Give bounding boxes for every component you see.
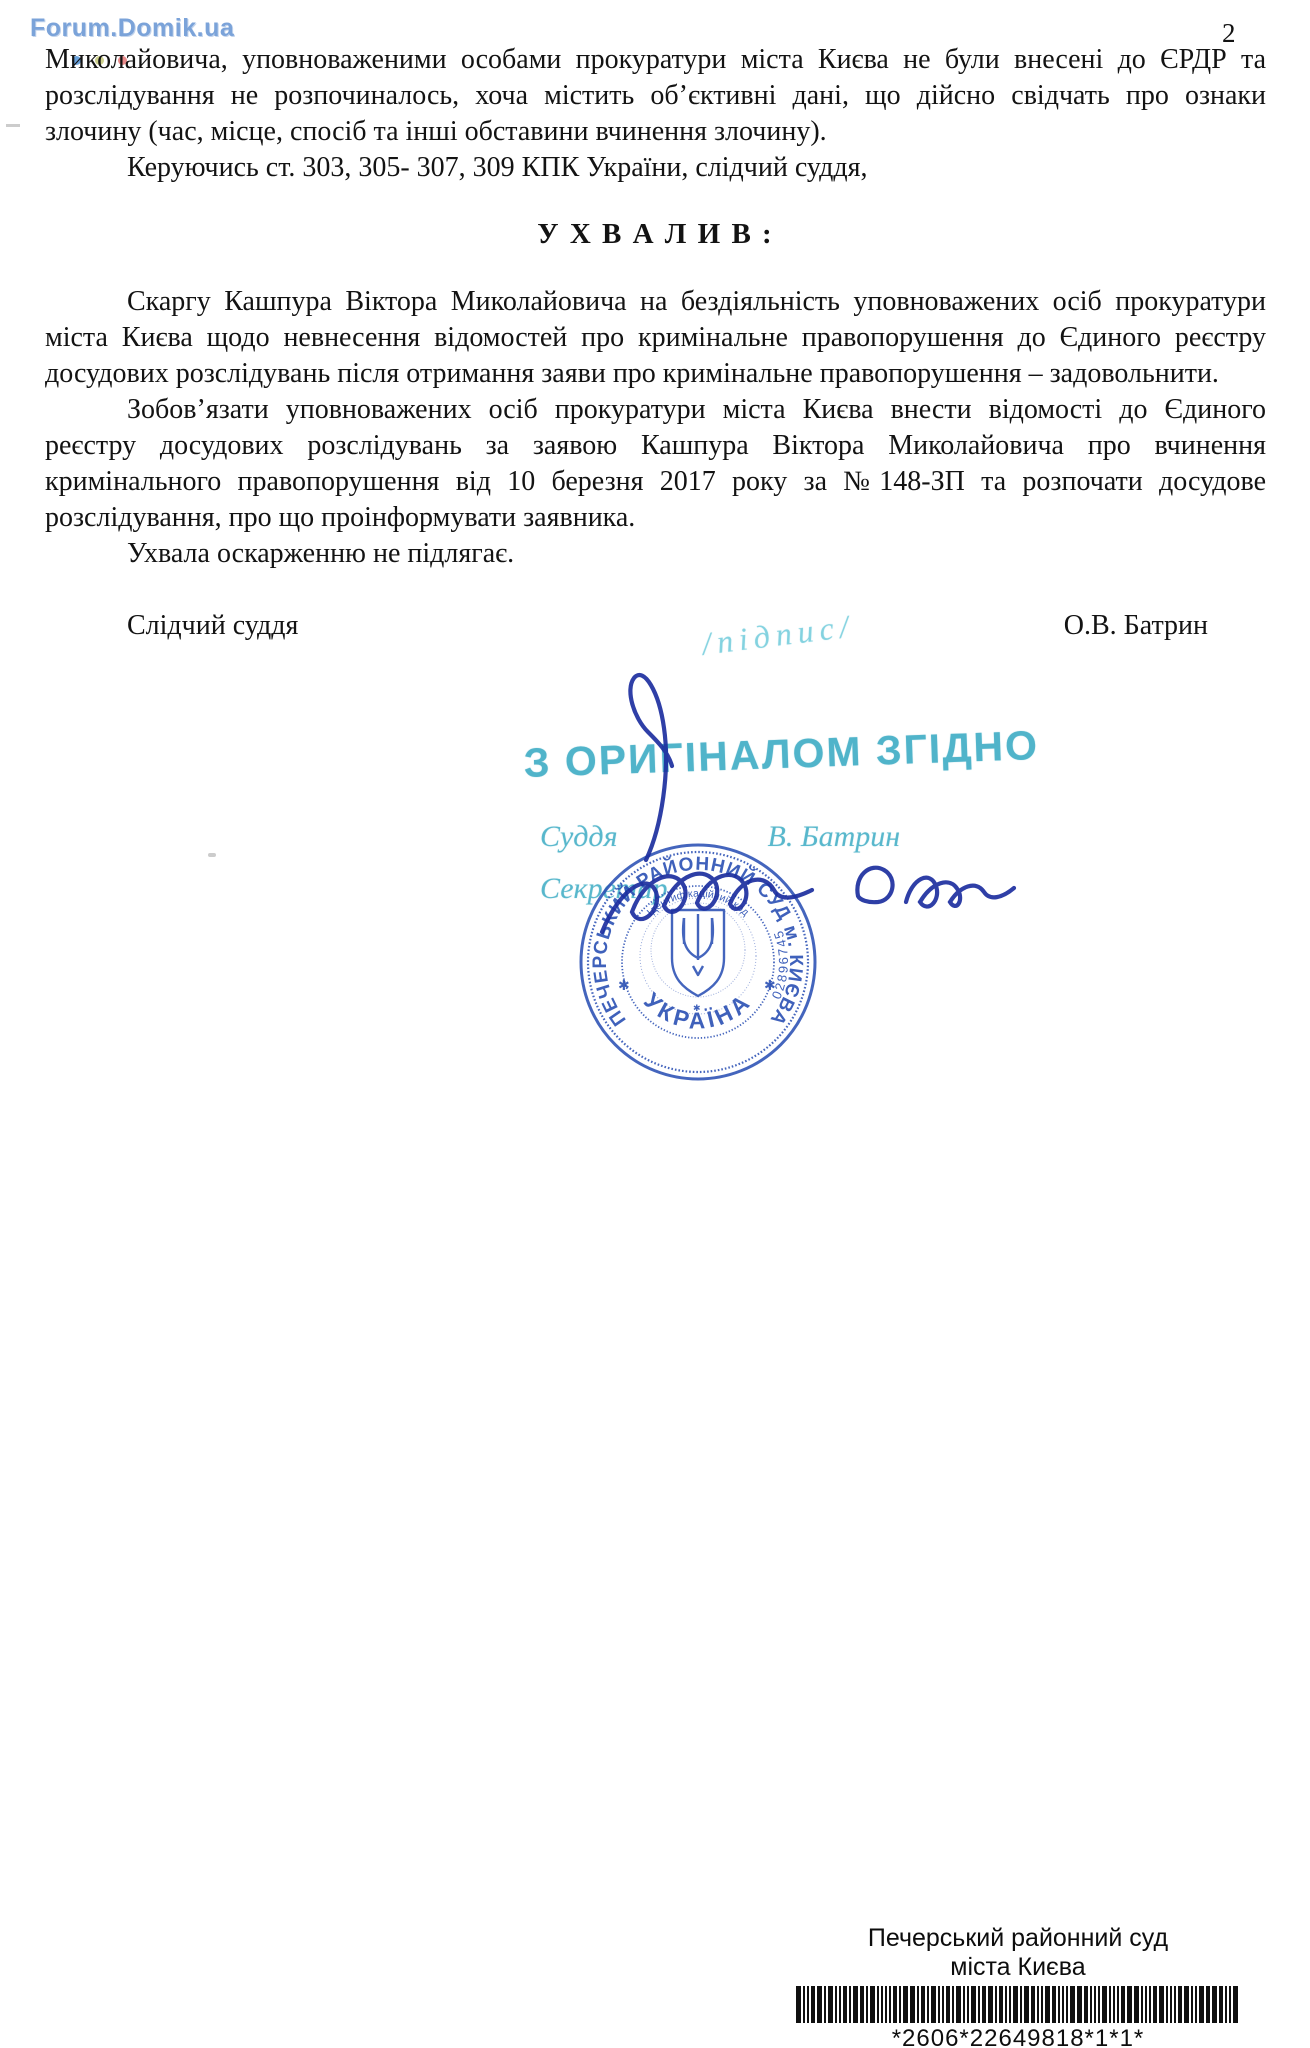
signature-flourish <box>630 675 672 860</box>
ruling-heading: У Х В А Л И В : <box>45 216 1266 252</box>
watermark-logo: Forum.Domik.ua <box>30 14 234 43</box>
watermark-text: Forum.Domik.ua <box>30 14 234 42</box>
barcode-label: *2606*22649818*1*1* <box>788 2024 1248 2048</box>
footer-court-name-line2: міста Києва <box>788 1953 1248 1982</box>
signature-loops <box>602 874 812 932</box>
seal-star-bottom-icon: ✱ <box>693 1003 701 1013</box>
barcode <box>788 1986 1248 2023</box>
court-footer: Печерський районний суд міста Києва *260… <box>788 1924 1248 2048</box>
ruling-paragraph-1: Скаргу Кашпура Віктора Миколайовича на б… <box>45 284 1266 392</box>
document-body: Миколайовича, уповноваженими особами про… <box>45 42 1266 644</box>
scanned-court-document: { "page": { "number": "2", "watermark": … <box>0 0 1310 2048</box>
page-number: 2 <box>1222 18 1236 49</box>
seal-star-right-icon: ✱ <box>764 977 776 993</box>
handwritten-signature-ink <box>540 630 1020 970</box>
scan-artifact <box>208 853 216 857</box>
footer-court-name-line1: Печерський районний суд <box>788 1924 1248 1953</box>
signer-role: Слідчий суддя <box>127 608 298 644</box>
scan-artifact <box>6 124 20 127</box>
ruling-paragraph-3: Ухвала оскарженню не підлягає. <box>45 536 1266 572</box>
paragraph-ruling-basis: Керуючись ст. 303, 305- 307, 309 КПК Укр… <box>45 150 1266 186</box>
signature-kozak <box>857 868 1014 907</box>
ruling-paragraph-2: Зобов’язати уповноважених осіб прокурату… <box>45 392 1266 536</box>
signer-name: О.В. Батрин <box>1064 608 1208 644</box>
seal-star-left-icon: ✱ <box>618 977 630 993</box>
paragraph-continuation: Миколайовича, уповноваженими особами про… <box>45 42 1266 150</box>
